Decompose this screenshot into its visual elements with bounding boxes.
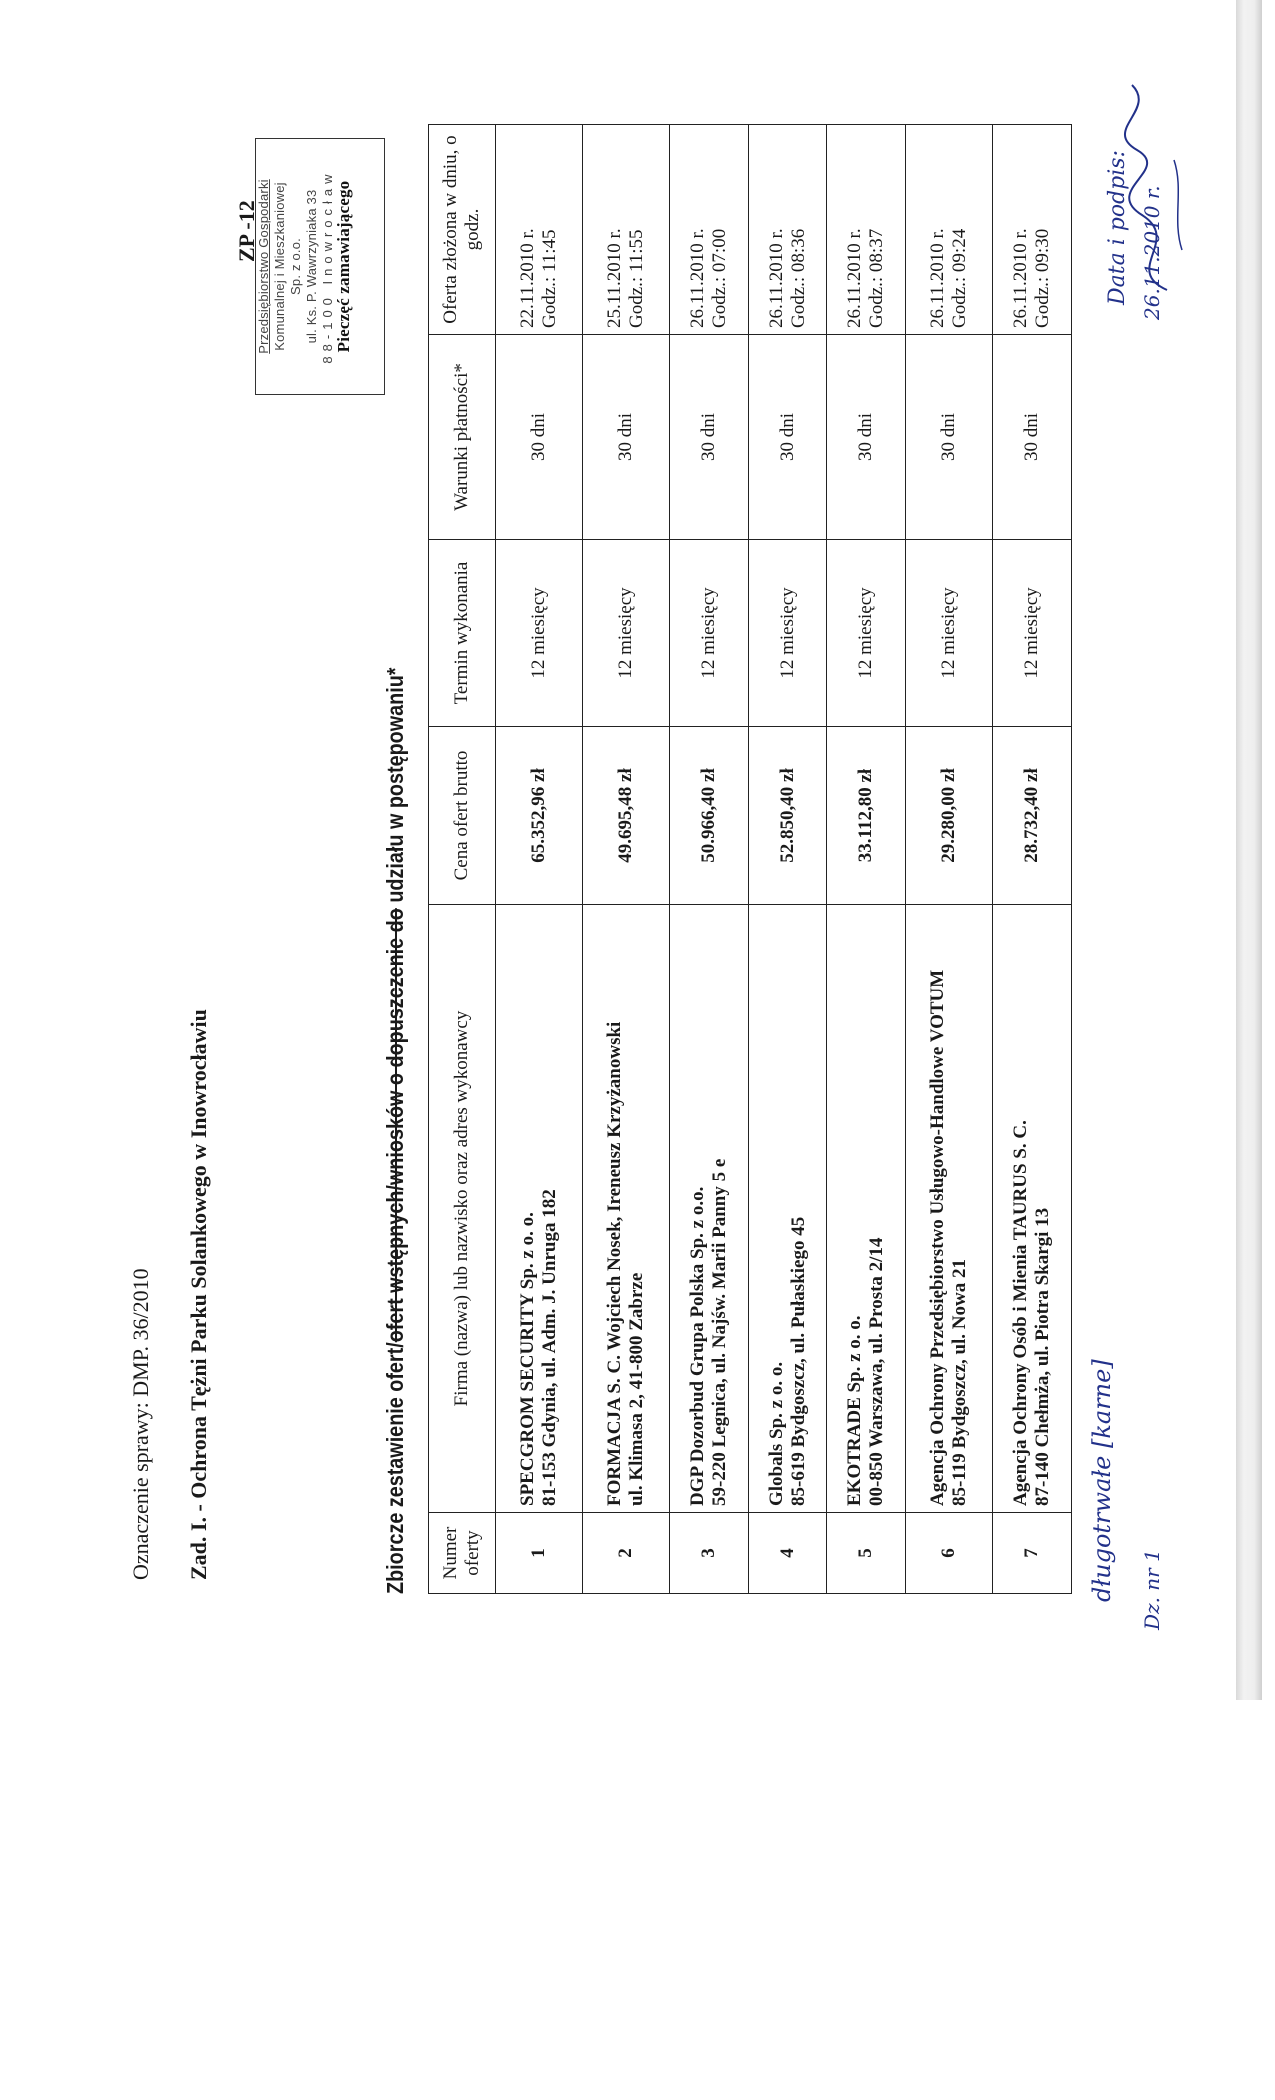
offer-term: 12 miesięcy bbox=[583, 540, 670, 727]
task-title: Zad. I. - Ochrona Tężni Parku Solankoweg… bbox=[186, 1009, 212, 1580]
signature-icon bbox=[1112, 80, 1187, 310]
table-row: 7Agencja Ochrony Osób i Mienia TAURUS S.… bbox=[993, 125, 1072, 1594]
firm-name: Agencja Ochrony Osób i Mienia TAURUS S. … bbox=[1010, 911, 1032, 1506]
submitted-time: Godz.: 11:45 bbox=[539, 131, 561, 328]
submitted-date: 26.11.2010 r. bbox=[766, 131, 788, 328]
offer-price: 33.112,80 zł bbox=[827, 727, 906, 905]
firm-name: SPECGROM SECURITY Sp. z o. o. bbox=[517, 911, 539, 1506]
header-number: Numer oferty bbox=[429, 1513, 496, 1594]
firm-name: Globals Sp. z o. o. bbox=[766, 911, 788, 1506]
firm-address: 85-119 Bydgoszcz, ul. Nowa 21 bbox=[949, 911, 971, 1506]
submitted-time: Godz.: 11:55 bbox=[626, 131, 648, 328]
offer-term: 12 miesięcy bbox=[993, 540, 1072, 727]
offer-price: 49.695,48 zł bbox=[583, 727, 670, 905]
offer-firm: SPECGROM SECURITY Sp. z o. o.81-153 Gdyn… bbox=[496, 905, 583, 1513]
header-price: Cena ofert brutto bbox=[429, 727, 496, 905]
submitted-date: 26.11.2010 r. bbox=[844, 131, 866, 328]
offer-term: 12 miesięcy bbox=[496, 540, 583, 727]
offer-number: 5 bbox=[827, 1513, 906, 1594]
submitted-time: Godz.: 07:00 bbox=[709, 131, 731, 328]
offer-price: 65.352,96 zł bbox=[496, 727, 583, 905]
offer-number: 4 bbox=[749, 1513, 827, 1594]
handwritten-note-left: długotrwałe [karne] bbox=[1088, 1359, 1116, 1602]
heading-struck: ofert wstępnych/wniosków o dopuszczenie … bbox=[382, 908, 408, 1342]
offer-payment: 30 dni bbox=[583, 335, 670, 540]
table-heading: Zbiorcze zestawienie ofert/ofert wstępny… bbox=[382, 667, 409, 1594]
offer-submitted: 26.11.2010 r.Godz.: 09:30 bbox=[993, 125, 1072, 335]
table-row: 6Agencja Ochrony Przedsiębiorstwo Usługo… bbox=[906, 125, 993, 1594]
table-row: 5EKOTRADE Sp. z o. o.00-850 Warszawa, ul… bbox=[827, 125, 906, 1594]
firm-name: EKOTRADE Sp. z o. o. bbox=[844, 911, 866, 1506]
table-row: 2FORMACJA S. C. Wojciech Nosek, Ireneusz… bbox=[583, 125, 670, 1594]
stamp-line-3: Sp. z o.o. bbox=[288, 139, 304, 394]
firm-address: 87-140 Chełmża, ul. Piotra Skargi 13 bbox=[1032, 911, 1054, 1506]
firm-name: FORMACJA S. C. Wojciech Nosek, Ireneusz … bbox=[604, 911, 626, 1506]
stamp-label: Pieczęć zamawiającego bbox=[336, 139, 352, 394]
offer-term: 12 miesięcy bbox=[670, 540, 749, 727]
offer-submitted: 26.11.2010 r.Godz.: 09:24 bbox=[906, 125, 993, 335]
offer-term: 12 miesięcy bbox=[749, 540, 827, 727]
offer-submitted: 26.11.2010 r.Godz.: 07:00 bbox=[670, 125, 749, 335]
case-reference: Oznaczenie sprawy: DMP. 36/2010 bbox=[128, 1268, 154, 1580]
company-stamp: Przedsiębiorstwo Gospodarki Komunalnej i… bbox=[255, 138, 385, 395]
stamp-line-4: ul. Ks. P. Wawrzyniaka 33 bbox=[304, 139, 320, 394]
offer-payment: 30 dni bbox=[827, 335, 906, 540]
offer-price: 50.966,40 zł bbox=[670, 727, 749, 905]
handwritten-note-left-2: Dz. nr 1 bbox=[1140, 1549, 1164, 1630]
offer-number: 6 bbox=[906, 1513, 993, 1594]
firm-name: DGP Dozorbud Grupa Polska Sp. z o.o. bbox=[687, 911, 709, 1506]
submitted-date: 25.11.2010 r. bbox=[604, 131, 626, 328]
offer-number: 2 bbox=[583, 1513, 670, 1594]
submitted-date: 26.11.2010 r. bbox=[1010, 131, 1032, 328]
submitted-date: 22.11.2010 r. bbox=[517, 131, 539, 328]
submitted-date: 26.11.2010 r. bbox=[927, 131, 949, 328]
offer-price: 28.732,40 zł bbox=[993, 727, 1072, 905]
header-payment: Warunki płatności* bbox=[429, 335, 496, 540]
firm-address: 59-220 Legnica, ul. Najśw. Marii Panny 5… bbox=[709, 911, 731, 1506]
submitted-time: Godz.: 09:30 bbox=[1032, 131, 1054, 328]
offer-firm: EKOTRADE Sp. z o. o.00-850 Warszawa, ul.… bbox=[827, 905, 906, 1513]
offer-firm: Agencja Ochrony Osób i Mienia TAURUS S. … bbox=[993, 905, 1072, 1513]
submitted-date: 26.11.2010 r. bbox=[687, 131, 709, 328]
heading-prefix: Zbiorcze zestawienie ofert/ bbox=[382, 1342, 408, 1594]
submitted-time: Godz.: 08:36 bbox=[788, 131, 810, 328]
offer-number: 1 bbox=[496, 1513, 583, 1594]
offer-number: 7 bbox=[993, 1513, 1072, 1594]
offer-submitted: 26.11.2010 r.Godz.: 08:37 bbox=[827, 125, 906, 335]
offer-firm: FORMACJA S. C. Wojciech Nosek, Ireneusz … bbox=[583, 905, 670, 1513]
header-submitted: Oferta złożona w dniu, o godz. bbox=[429, 125, 496, 335]
heading-suffix: udziału w postępowaniu* bbox=[382, 667, 408, 908]
offer-payment: 30 dni bbox=[749, 335, 827, 540]
table-row: 3DGP Dozorbud Grupa Polska Sp. z o.o.59-… bbox=[670, 125, 749, 1594]
stamp-line-2: Komunalnej i Mieszkaniowej bbox=[272, 139, 288, 394]
offer-term: 12 miesięcy bbox=[906, 540, 993, 727]
offer-payment: 30 dni bbox=[993, 335, 1072, 540]
offer-submitted: 26.11.2010 r.Godz.: 08:36 bbox=[749, 125, 827, 335]
table-row: 1SPECGROM SECURITY Sp. z o. o.81-153 Gdy… bbox=[496, 125, 583, 1594]
table-header-row: Numer oferty Firma (nazwa) lub nazwisko … bbox=[429, 125, 496, 1594]
offer-firm: DGP Dozorbud Grupa Polska Sp. z o.o.59-2… bbox=[670, 905, 749, 1513]
submitted-time: Godz.: 09:24 bbox=[949, 131, 971, 328]
stamp-line-1: Przedsiębiorstwo Gospodarki bbox=[256, 139, 272, 394]
offer-price: 29.280,00 zł bbox=[906, 727, 993, 905]
offer-payment: 30 dni bbox=[496, 335, 583, 540]
firm-address: ul. Klimasa 2, 41-800 Zabrze bbox=[626, 911, 648, 1506]
offer-payment: 30 dni bbox=[906, 335, 993, 540]
offer-firm: Globals Sp. z o. o.85-619 Bydgoszcz, ul.… bbox=[749, 905, 827, 1513]
offer-firm: Agencja Ochrony Przedsiębiorstwo Usługow… bbox=[906, 905, 993, 1513]
offer-submitted: 25.11.2010 r.Godz.: 11:55 bbox=[583, 125, 670, 335]
submitted-time: Godz.: 08:37 bbox=[866, 131, 888, 328]
firm-address: 81-153 Gdynia, ul. Adm. J. Unruga 182 bbox=[539, 911, 561, 1506]
header-firm: Firma (nazwa) lub nazwisko oraz adres wy… bbox=[429, 905, 496, 1513]
header-term: Termin wykonania bbox=[429, 540, 496, 727]
rotated-page: Oznaczenie sprawy: DMP. 36/2010 Zad. I. … bbox=[0, 0, 1275, 2100]
offer-number: 3 bbox=[670, 1513, 749, 1594]
offer-term: 12 miesięcy bbox=[827, 540, 906, 727]
offers-table: Numer oferty Firma (nazwa) lub nazwisko … bbox=[428, 124, 1072, 1594]
offer-submitted: 22.11.2010 r.Godz.: 11:45 bbox=[496, 125, 583, 335]
firm-address: 00-850 Warszawa, ul. Prosta 2/14 bbox=[866, 911, 888, 1506]
firm-name: Agencja Ochrony Przedsiębiorstwo Usługow… bbox=[927, 911, 949, 1506]
firm-address: 85-619 Bydgoszcz, ul. Pułaskiego 45 bbox=[788, 911, 810, 1506]
offer-payment: 30 dni bbox=[670, 335, 749, 540]
table-row: 4Globals Sp. z o. o.85-619 Bydgoszcz, ul… bbox=[749, 125, 827, 1594]
offer-price: 52.850,40 zł bbox=[749, 727, 827, 905]
